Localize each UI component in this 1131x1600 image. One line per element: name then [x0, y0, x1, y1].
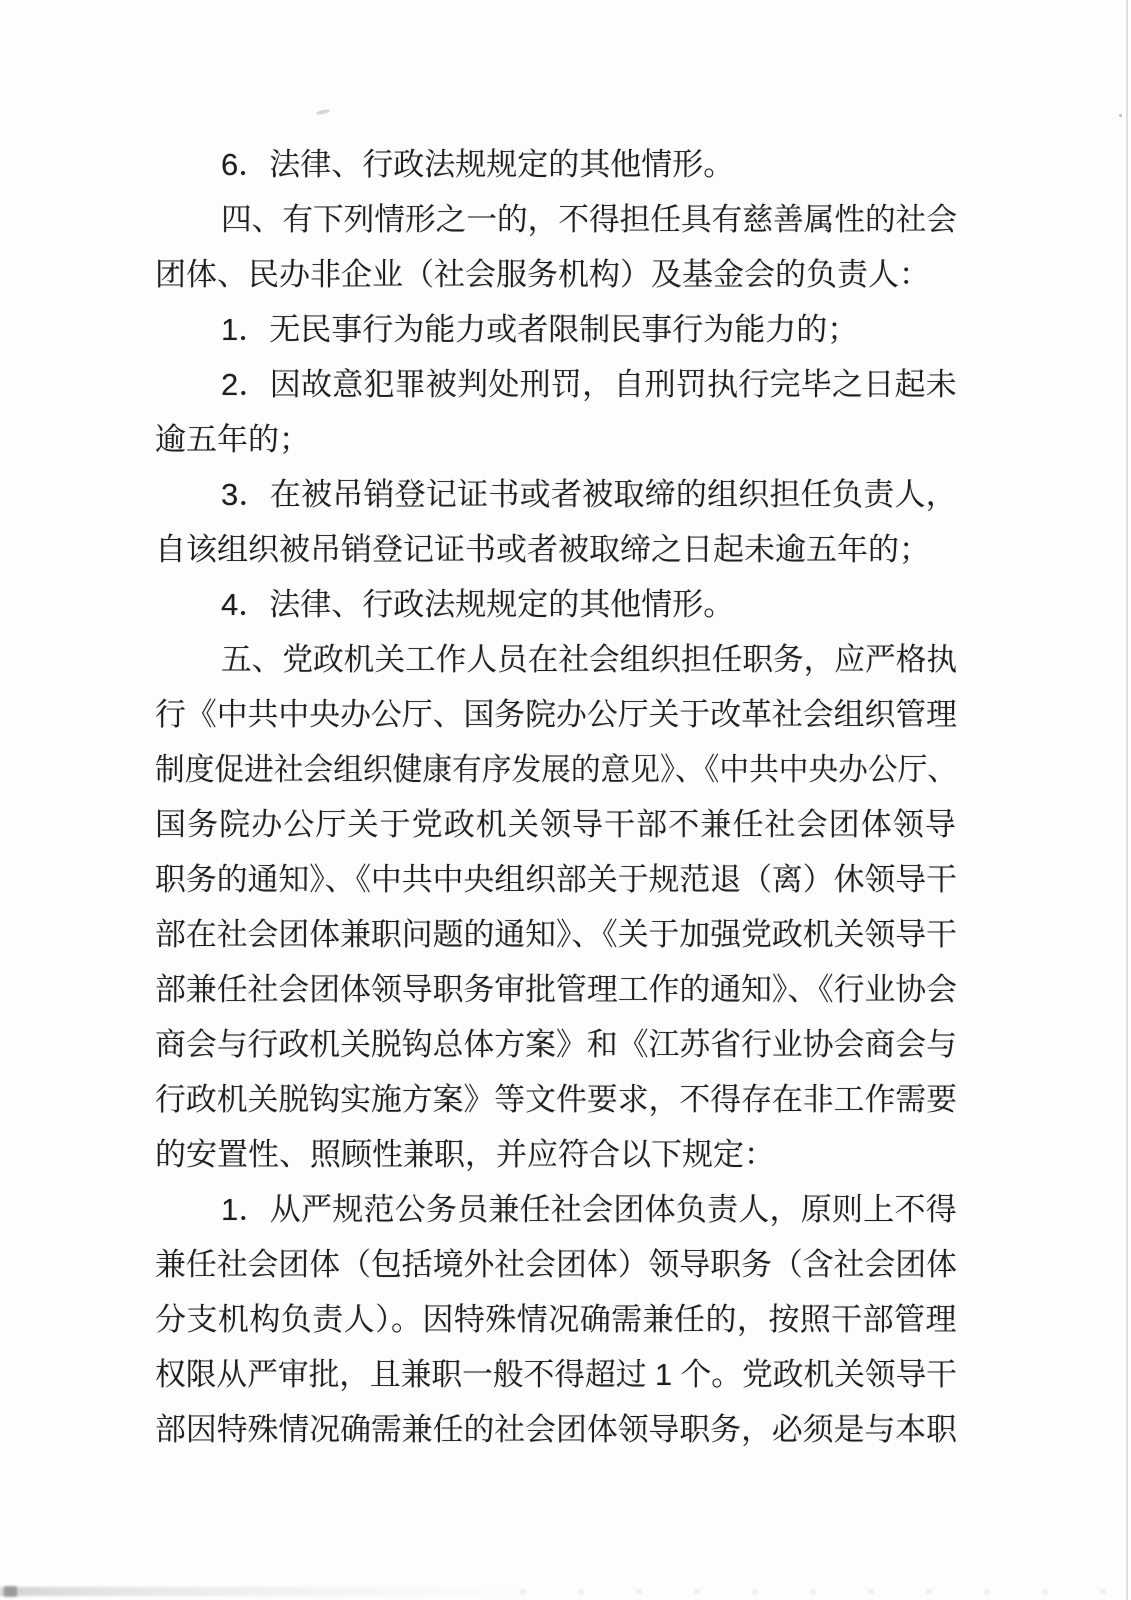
text-line: 五、党政机关工作人员在社会组织担任职务，应严格执: [155, 632, 957, 687]
scan-edge-line: [1126, 0, 1128, 1600]
text-line-content: 自该组织被吊销登记证书或者被取缔之日起未逾五年的；: [155, 522, 930, 577]
text-line-content: 3．在被吊销登记证书或者被取缔的组织担任负责人，: [221, 467, 957, 522]
scan-bottom-noise-strip: [0, 1587, 540, 1596]
text-line: 4．法律、行政法规规定的其他情形。: [155, 577, 957, 632]
text-line: 权限从严审批，且兼职一般不得超过 1 个。党政机关领导干: [155, 1347, 957, 1402]
text-line-content: 行政机关脱钩实施方案》等文件要求，不得存在非工作需要: [155, 1072, 957, 1127]
text-line: 自该组织被吊销登记证书或者被取缔之日起未逾五年的；: [155, 522, 957, 577]
text-line-content: 的安置性、照顾性兼职，并应符合以下规定：: [155, 1127, 775, 1182]
text-line: 制度促进社会组织健康有序发展的意见》、《中共中央办公厅、: [155, 742, 957, 797]
text-line-content: 兼任社会团体（包括境外社会团体）领导职务（含社会团体: [155, 1237, 957, 1292]
text-line: 分支机构负责人）。因特殊情况确需兼任的，按照干部管理: [155, 1292, 957, 1347]
text-line-content: 商会与行政机关脱钩总体方案》和《江苏省行业协会商会与: [155, 1017, 957, 1072]
text-line-content: 6．法律、行政法规规定的其他情形。: [221, 137, 734, 192]
text-line: 部在社会团体兼职问题的通知》、《关于加强党政机关领导干: [155, 907, 957, 962]
text-line-content: 五、党政机关工作人员在社会组织担任职务，应严格执: [221, 632, 957, 687]
scan-bottom-noise-dots: [520, 1589, 1111, 1594]
text-line-content: 行《中共中央办公厅、国务院办公厅关于改革社会组织管理: [155, 687, 957, 742]
text-line: 团体、民办非企业（社会服务机构）及基金会的负责人：: [155, 247, 957, 302]
text-line: 6．法律、行政法规规定的其他情形。: [155, 137, 957, 192]
text-line-content: 4．法律、行政法规规定的其他情形。: [221, 577, 734, 632]
text-line-content: 2．因故意犯罪被判处刑罚，自刑罚执行完毕之日起未: [221, 357, 957, 412]
text-line-content: 分支机构负责人）。因特殊情况确需兼任的，按照干部管理: [155, 1292, 957, 1347]
text-line: 1．从严规范公务员兼任社会团体负责人，原则上不得: [155, 1182, 957, 1237]
text-line-content: 部因特殊情况确需兼任的社会团体领导职务，必须是与本职: [155, 1402, 957, 1457]
text-line: 商会与行政机关脱钩总体方案》和《江苏省行业协会商会与: [155, 1017, 957, 1072]
text-line: 逾五年的；: [155, 412, 957, 467]
scan-speck: [1119, 114, 1122, 117]
text-line-content: 四、有下列情形之一的，不得担任具有慈善属性的社会: [221, 192, 957, 247]
text-line: 四、有下列情形之一的，不得担任具有慈善属性的社会: [155, 192, 957, 247]
text-line: 国务院办公厅关于党政机关领导干部不兼任社会团体领导: [155, 797, 957, 852]
text-line-content: 职务的通知》、《中共中央组织部关于规范退（离）休领导干: [155, 852, 957, 907]
text-line: 兼任社会团体（包括境外社会团体）领导职务（含社会团体: [155, 1237, 957, 1292]
text-line: 的安置性、照顾性兼职，并应符合以下规定：: [155, 1127, 957, 1182]
text-line-content: 制度促进社会组织健康有序发展的意见》、《中共中央办公厅、: [155, 742, 957, 797]
text-line-content: 团体、民办非企业（社会服务机构）及基金会的负责人：: [155, 247, 930, 302]
text-line: 行《中共中央办公厅、国务院办公厅关于改革社会组织管理: [155, 687, 957, 742]
text-line: 行政机关脱钩实施方案》等文件要求，不得存在非工作需要: [155, 1072, 957, 1127]
text-line: 1．无民事行为能力或者限制民事行为能力的；: [155, 302, 957, 357]
text-line: 3．在被吊销登记证书或者被取缔的组织担任负责人，: [155, 467, 957, 522]
text-line-content: 权限从严审批，且兼职一般不得超过 1 个。党政机关领导干: [155, 1347, 957, 1402]
text-line-content: 部兼任社会团体领导职务审批管理工作的通知》、《行业协会: [155, 962, 957, 1017]
text-line-content: 1．从严规范公务员兼任社会团体负责人，原则上不得: [221, 1182, 957, 1237]
text-line-content: 1．无民事行为能力或者限制民事行为能力的；: [221, 302, 858, 357]
scan-speck: [316, 109, 331, 116]
text-line: 部兼任社会团体领导职务审批管理工作的通知》、《行业协会: [155, 962, 957, 1017]
text-line: 2．因故意犯罪被判处刑罚，自刑罚执行完毕之日起未: [155, 357, 957, 412]
text-line-content: 逾五年的；: [155, 412, 310, 467]
text-line-content: 部在社会团体兼职问题的通知》、《关于加强党政机关领导干: [155, 907, 957, 962]
text-line: 部因特殊情况确需兼任的社会团体领导职务，必须是与本职: [155, 1402, 957, 1457]
scan-bottom-smudge: [4, 1586, 17, 1597]
document-body: 6．法律、行政法规规定的其他情形。四、有下列情形之一的，不得担任具有慈善属性的社…: [155, 137, 957, 1457]
text-line-content: 国务院办公厅关于党政机关领导干部不兼任社会团体领导: [155, 797, 957, 852]
scanned-document-page: 6．法律、行政法规规定的其他情形。四、有下列情形之一的，不得担任具有慈善属性的社…: [0, 0, 1131, 1600]
text-line: 职务的通知》、《中共中央组织部关于规范退（离）休领导干: [155, 852, 957, 907]
